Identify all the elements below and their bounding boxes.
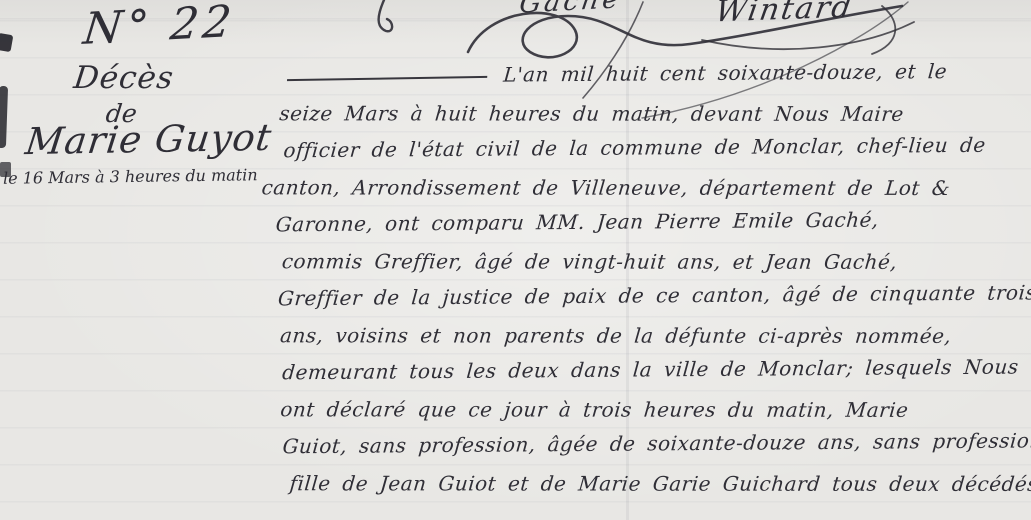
blank-filler-line bbox=[287, 75, 487, 80]
margin-title-deces: Décès bbox=[72, 60, 176, 96]
act-body-text: L'an mil huit cent soixante-douze, et le… bbox=[279, 56, 1029, 503]
body-line: L'an mil huit cent soixante-douze, et le bbox=[286, 52, 1029, 95]
body-line-text: L'an mil huit cent soixante-douze, et le bbox=[502, 59, 948, 86]
body-line: officier de l'état civil de la commune d… bbox=[282, 126, 1029, 169]
scanned-document-page: N° 22 Décès de Marie Guyot le 16 Mars à … bbox=[0, 0, 1031, 520]
body-line: Garonne, ont comparu MM. Jean Pierre Emi… bbox=[274, 200, 1029, 243]
body-line: demeurant tous les deux dans la ville de… bbox=[281, 348, 1030, 391]
margin-annotation: N° 22 Décès de Marie Guyot le 16 Mars à … bbox=[0, 0, 270, 520]
body-line: fille de Jean Guiot et de Marie Garie Gu… bbox=[288, 465, 1030, 503]
signature-gache: Gache bbox=[517, 0, 623, 20]
body-line: Guiot, sans profession, âgée de soixante… bbox=[281, 422, 1030, 465]
margin-deceased-name: Marie Guyot bbox=[23, 116, 274, 163]
act-number: N° 22 bbox=[81, 0, 238, 55]
signature-tail-flourish bbox=[872, 6, 895, 54]
signature-wintard: Wintard bbox=[713, 0, 856, 29]
margin-date-note: le 16 Mars à 3 heures du matin bbox=[3, 165, 258, 188]
body-line: Greffier de la justice de paix de ce can… bbox=[277, 274, 1030, 317]
clipped-letter-stroke bbox=[379, 0, 393, 31]
